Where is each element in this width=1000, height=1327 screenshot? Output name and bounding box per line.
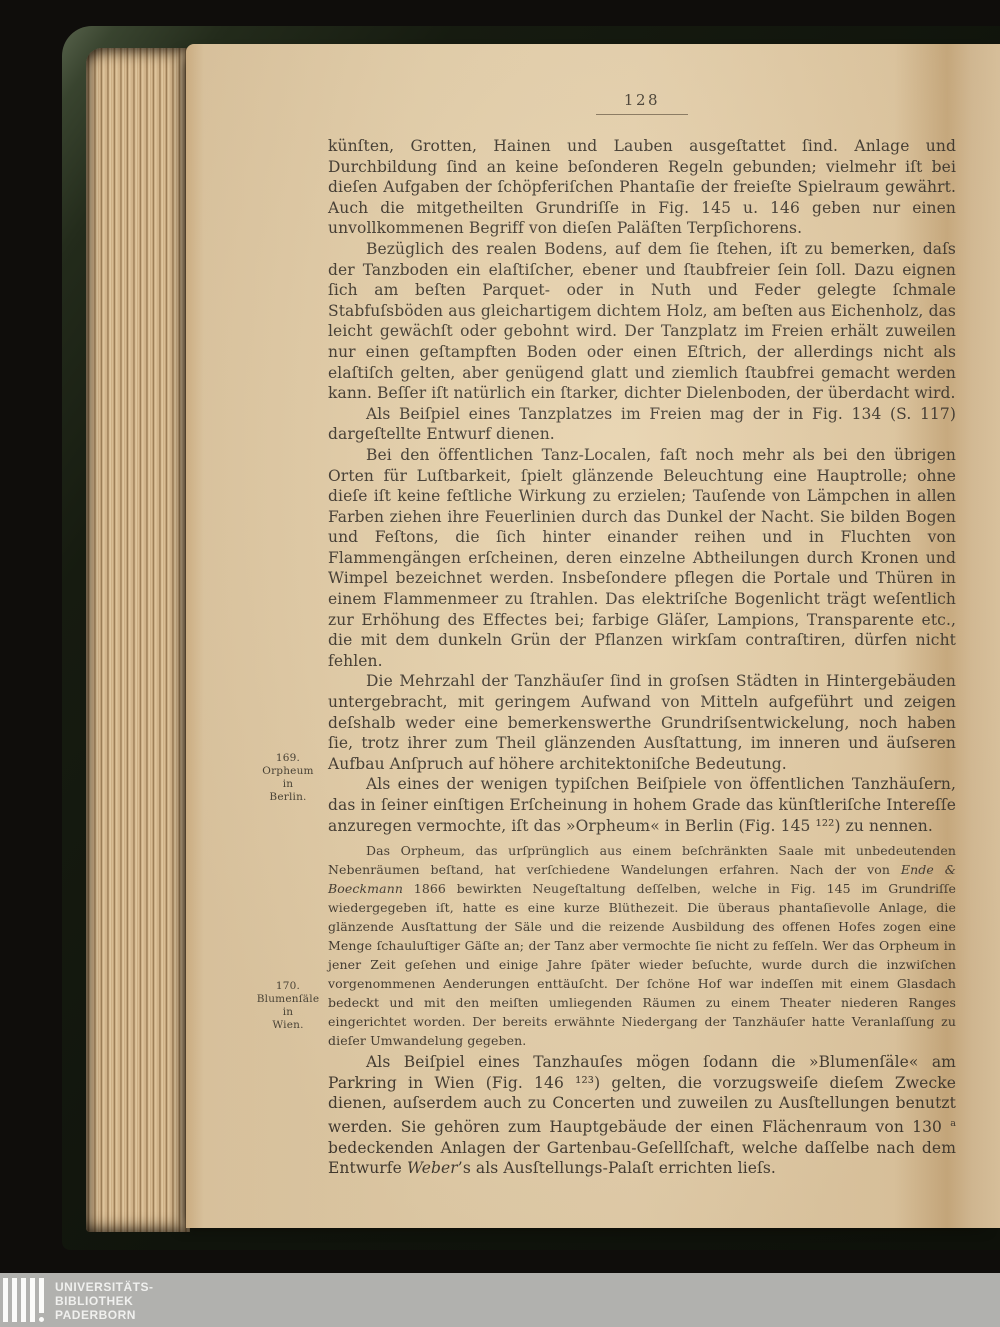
page-leaves-edge bbox=[86, 48, 190, 1232]
margin-note-orpheum: 169. Orpheum in Berlin. bbox=[244, 752, 332, 804]
library-name: UNIVERSITÄTS- BIBLIOTHEK PADERBORN bbox=[55, 1280, 154, 1322]
paragraph: Bei den öffentlichen Tanz-Localen, faſt … bbox=[328, 445, 956, 672]
text-block: künſten, Grotten, Hainen und Lauben ausg… bbox=[328, 136, 956, 1179]
margin-note-line: Blumenſäle bbox=[244, 993, 332, 1006]
paragraph: Die Mehrzahl der Tanzhäuſer ſind in groſ… bbox=[328, 671, 956, 774]
paragraph: Als eines der wenigen typiſchen Beiſpiel… bbox=[328, 774, 956, 836]
logo-bar bbox=[21, 1278, 26, 1322]
paragraph: Bezüglich des realen Bodens, auf dem ſie… bbox=[328, 239, 956, 404]
paragraph: Als Beiſpiel eines Tanzplatzes im Freien… bbox=[328, 404, 956, 445]
library-name-line: BIBLIOTHEK bbox=[55, 1294, 154, 1308]
logo-bar bbox=[3, 1278, 8, 1322]
margin-note-line: Orpheum bbox=[244, 765, 332, 778]
book-page: 128 künſten, Grotten, Hainen und Lauben … bbox=[186, 44, 1000, 1228]
margin-note-line: in bbox=[244, 778, 332, 791]
library-name-line: UNIVERSITÄTS- bbox=[55, 1280, 154, 1294]
library-name-line: PADERBORN bbox=[55, 1308, 154, 1322]
paragraph: künſten, Grotten, Hainen und Lauben ausg… bbox=[328, 136, 956, 239]
library-logo-icon bbox=[3, 1278, 44, 1322]
book-photo: 128 künſten, Grotten, Hainen und Lauben … bbox=[0, 0, 1000, 1327]
paragraph: Das Orpheum, das urſprünglich aus einem … bbox=[328, 841, 956, 1050]
paragraph: Als Beiſpiel eines Tanzhauſes mögen ſoda… bbox=[328, 1052, 956, 1179]
logo-exclamation bbox=[39, 1278, 44, 1322]
margin-note-line: in bbox=[244, 1006, 332, 1019]
margin-note-line: 169. bbox=[244, 752, 332, 765]
margin-note-line: 170. bbox=[244, 980, 332, 993]
library-footer-bar: UNIVERSITÄTS- BIBLIOTHEK PADERBORN bbox=[0, 1273, 1000, 1327]
margin-note-blumensaele: 170. Blumenſäle in Wien. bbox=[244, 980, 332, 1032]
page-header: 128 bbox=[328, 90, 956, 115]
page-number: 128 bbox=[596, 91, 688, 115]
logo-bar bbox=[30, 1278, 35, 1322]
logo-bar bbox=[12, 1278, 17, 1322]
margin-note-line: Berlin. bbox=[244, 791, 332, 804]
margin-note-line: Wien. bbox=[244, 1019, 332, 1032]
